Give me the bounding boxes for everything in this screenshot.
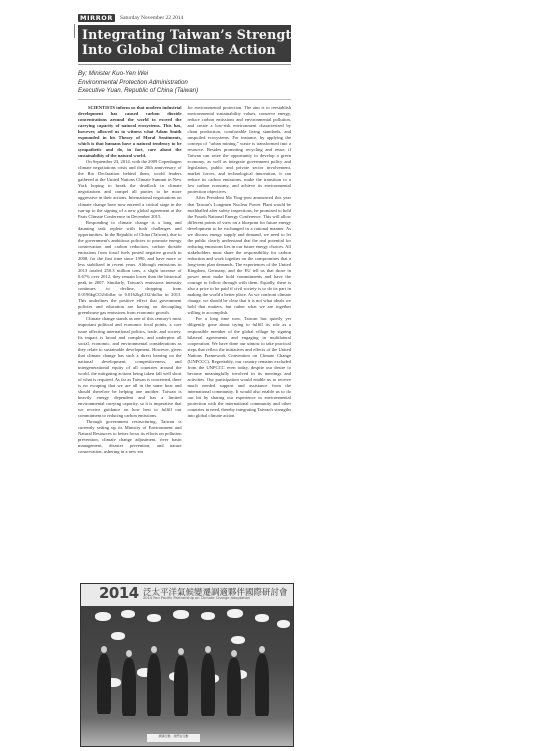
speech-bubble-sign — [95, 612, 111, 621]
headline-banner: Integrating Taiwan’s Strengths Into Glob… — [78, 25, 291, 62]
paragraph: for environmental protection. The aim is… — [188, 105, 292, 196]
article-column-right: for environmental protection. The aim is… — [188, 105, 292, 456]
person-head — [126, 650, 132, 657]
headline-line-1: Integrating Taiwan’s Strengths — [82, 28, 288, 43]
paragraph: Responding to climate change is a long a… — [78, 220, 182, 317]
person-head — [178, 648, 184, 655]
person-figure — [227, 658, 241, 716]
photo-caption: 調適行動 · 我們在行動 — [147, 734, 200, 742]
publication-date: Saturday November 22 2014 — [120, 14, 183, 22]
person-figure — [201, 654, 215, 716]
masthead: MIRROR Saturday November 22 2014 — [78, 10, 291, 22]
speech-bubble-sign — [111, 632, 125, 640]
speech-bubble-sign — [227, 609, 243, 618]
person-head — [101, 646, 107, 653]
photo-title-english: 2014 Pan Pacific Partnership on Climate … — [143, 596, 250, 600]
person-head — [151, 646, 157, 653]
photo-crowd: 調適行動 · 我們在行動 — [81, 606, 293, 746]
person-figure — [147, 654, 161, 716]
divider — [78, 99, 291, 100]
speech-bubble-sign — [173, 610, 189, 619]
person-head — [259, 646, 265, 653]
paragraph: On September 23, 2014, with the 2009 Cop… — [78, 159, 182, 219]
person-head — [205, 646, 211, 653]
paragraph: After President Ma Ying-jeou announced t… — [188, 195, 292, 316]
person-figure — [97, 654, 111, 714]
article-body: SCIENTISTS inform us that modern industr… — [78, 105, 291, 456]
newspaper-clipping: MIRROR Saturday November 22 2014 Integra… — [78, 10, 291, 456]
photo-year: 2014 — [99, 584, 139, 602]
byline-agency: Environmental Protection Administration — [78, 79, 291, 88]
newspaper-logo: MIRROR — [78, 14, 115, 22]
person-head — [231, 650, 237, 657]
margin-mark — [74, 24, 75, 38]
paragraph: Climate change stands as one of this cen… — [78, 316, 182, 419]
photo-banner: 2014 泛太平洋氣候變遷調適夥伴國際研討會 2014 Pan Pacific … — [81, 584, 293, 606]
person-figure — [122, 658, 136, 716]
paragraph: SCIENTISTS inform us that modern industr… — [78, 105, 182, 159]
article-column-left: SCIENTISTS inform us that modern industr… — [78, 105, 182, 456]
byline-government: Executive Yuan, Republic of China (Taiwa… — [78, 87, 291, 96]
speech-bubble-sign — [277, 620, 290, 628]
person-figure — [255, 654, 269, 716]
speech-bubble-sign — [201, 612, 215, 620]
headline-line-2: Into Global Climate Action — [82, 43, 288, 58]
divider — [78, 64, 291, 65]
speech-bubble-sign — [255, 614, 269, 622]
paragraph: For a long time now, Taiwan has quietly … — [188, 316, 292, 419]
speech-bubble-sign — [231, 636, 245, 644]
conference-group-photo: 2014 泛太平洋氣候變遷調適夥伴國際研討會 2014 Pan Pacific … — [80, 583, 294, 747]
speech-bubble-sign — [147, 614, 161, 622]
byline-author: By; Minister Kuo-Yen Wei — [78, 70, 291, 79]
speech-bubble-sign — [121, 610, 135, 618]
person-figure — [174, 656, 188, 716]
byline: By; Minister Kuo-Yen Wei Environmental P… — [78, 70, 291, 96]
paragraph: Through government restructuring, Taiwan… — [78, 419, 182, 455]
